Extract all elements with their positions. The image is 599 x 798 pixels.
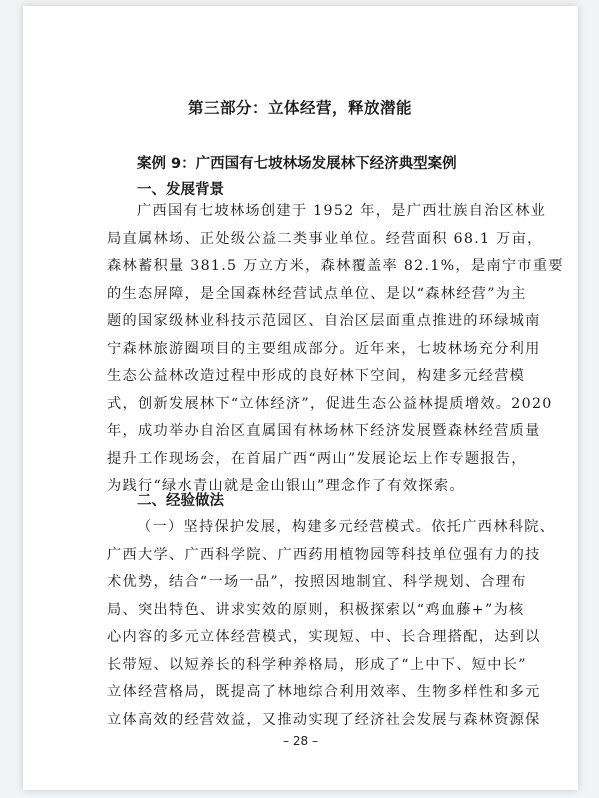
case-title: 案例 9：广西国有七坡林场发展林下经济典型案例	[137, 152, 457, 173]
text-line: 立体高效的经营效益，又推动实现了经济社会发展与森林资源保	[107, 707, 493, 735]
document-viewer: 第三部分：立体经营，释放潜能 案例 9：广西国有七坡林场发展林下经济典型案例 一…	[0, 0, 599, 798]
text-line: 式，创新发展林下“立体经济”，促进生态公益林提质增效。2020	[107, 391, 493, 419]
page-number: – 28 –	[23, 734, 578, 748]
text-line: 立体经营格局，既提高了林地综合利用效率、生物多样性和多元	[107, 679, 493, 707]
text-line: 广西国有七坡林场创建于 1952 年，是广西壮族自治区林业	[107, 198, 493, 226]
text-line: 宁森林旅游圈项目的主要组成部分。近年来，七坡林场充分利用	[107, 336, 493, 364]
text-line: 年，成功举办自治区直属国有林场林下经济发展暨森林经营质量	[107, 418, 493, 446]
text-line: 提升工作现场会，在首届广西“两山”发展论坛上作专题报告，	[107, 446, 493, 474]
text-line: 局直属林场、正处级公益二类事业单位。经营面积 68.1 万亩，	[107, 226, 493, 254]
text-line: 生态公益林改造过程中形成的良好林下空间，构建多元经营模	[107, 363, 493, 391]
text-line: 术优势，结合“一场一品”，按照因地制宜、科学规划、合理布	[107, 569, 493, 597]
text-line: 题的国家级林业科技示范园区、自治区层面重点推进的环绿城南	[107, 308, 493, 336]
text-line: 局、突出特色、讲求实效的原则，积极探索以“鸡血藤+”为核	[107, 597, 493, 625]
text-line: 森林蓄积量 381.5 万立方米，森林覆盖率 82.1%，是南宁市重要	[107, 253, 493, 281]
paragraph-experience: （一）坚持保护发展，构建多元经营模式。依托广西林科院、 广西大学、广西科学院、广…	[107, 514, 493, 734]
text-line: （一）坚持保护发展，构建多元经营模式。依托广西林科院、	[107, 514, 493, 542]
paragraph-background: 广西国有七坡林场创建于 1952 年，是广西壮族自治区林业 局直属林场、正处级公…	[107, 198, 493, 501]
section-heading-experience: 二、经验做法	[137, 489, 224, 510]
text-line: 长带短、以短养长的科学种养格局，形成了“上中下、短中长”	[107, 652, 493, 680]
text-line: 广西大学、广西科学院、广西药用植物园等科技单位强有力的技	[107, 542, 493, 570]
document-page: 第三部分：立体经营，释放潜能 案例 9：广西国有七坡林场发展林下经济典型案例 一…	[23, 6, 578, 790]
text-line: 心内容的多元立体经营模式，实现短、中、长合理搭配，达到以	[107, 624, 493, 652]
text-line: 的生态屏障，是全国森林经营试点单位、是以“森林经营”为主	[107, 281, 493, 309]
part-title: 第三部分：立体经营，释放潜能	[107, 96, 493, 118]
section-heading-background: 一、发展背景	[137, 178, 224, 199]
